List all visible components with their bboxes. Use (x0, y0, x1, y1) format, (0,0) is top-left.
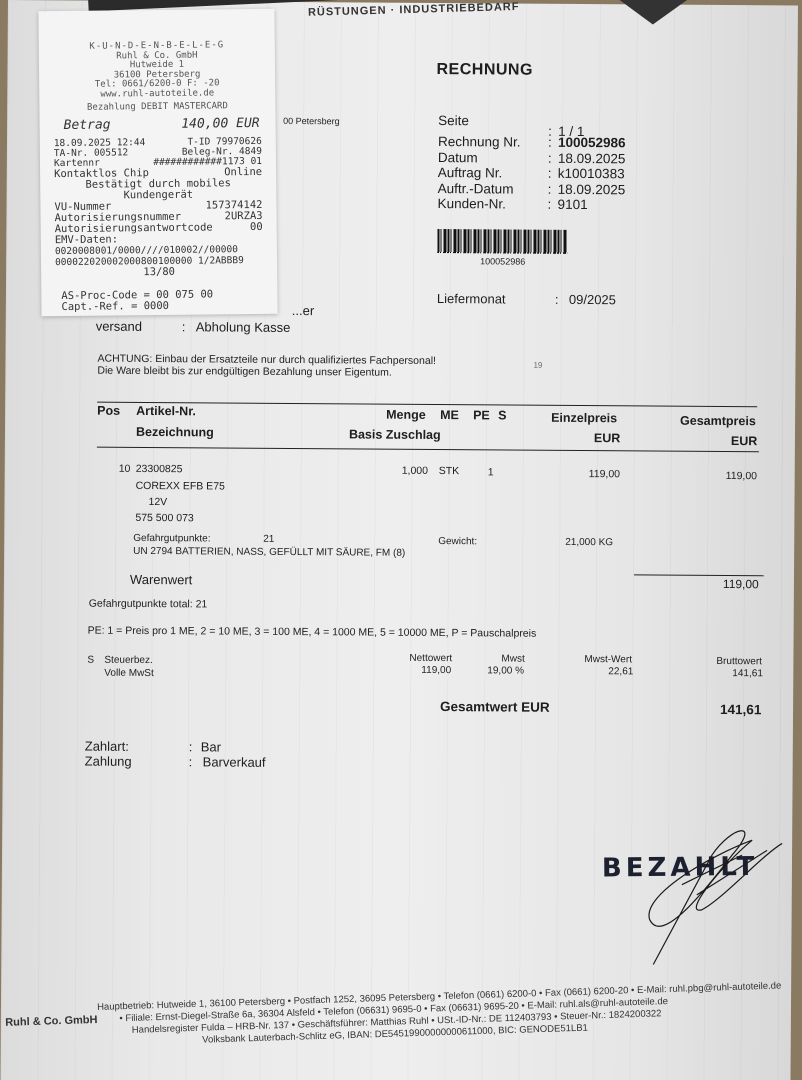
row-gesamtpreis: 119,00 (726, 470, 757, 482)
gefahrgut-total: Gefahrgutpunkte total: 21 (89, 598, 208, 611)
invoice-title: RECHNUNG (436, 61, 533, 80)
company-footer: Hauptbetrieb: Hutweide 1, 36100 Petersbe… (1, 980, 802, 1053)
receipt-amount-row: Betrag 140,00 EUR (40, 117, 276, 130)
warenwert-rule (634, 574, 764, 576)
row-pe: 1 (488, 466, 494, 478)
col-artikel: Artikel-Nr. (136, 404, 196, 418)
netto-label: Nettowert (409, 653, 452, 664)
meta-row-auftr-datum: Auftr.-Datum:18.09.2025 (438, 181, 626, 198)
col-menge: Menge (386, 408, 426, 422)
col-einzelpreis-cur: EUR (594, 431, 621, 445)
un-hazard-text: UN 2794 BATTERIEN, NASS, GEFÜLLT MIT SÄU… (133, 546, 405, 559)
col-gesamtpreis-cur: EUR (731, 434, 758, 448)
receipt-online: Online (224, 166, 262, 177)
col-me: ME (440, 408, 459, 422)
gefahrgut-value: 21 (263, 534, 274, 545)
invoice-number: 100052986 (558, 135, 626, 151)
table-top-rule (97, 402, 757, 408)
gewicht-label: Gewicht: (438, 536, 477, 547)
col-pe: PE (473, 408, 490, 422)
company-logo (598, 0, 708, 25)
zahlung-label: Zahlung (85, 754, 189, 770)
receipt-capt-ref: Capt.-Ref. = 0000 (61, 300, 169, 312)
steuerbez-label: Steuerbez. (104, 655, 152, 666)
brutto-value: 141,61 (732, 668, 763, 679)
zahlung-row: Zahlung : Barverkauf (85, 754, 266, 770)
gefahrgut-label: Gefahrgutpunkte: (133, 533, 210, 545)
steuerbez-value: Volle MwSt (104, 668, 154, 679)
receipt-amount-value: 140,00 EUR (181, 117, 259, 129)
warenwert-label: Warenwert (130, 572, 192, 587)
invoice-barcode (437, 229, 567, 254)
row-desc-2: 12V (148, 496, 167, 508)
row-desc-3: 575 500 073 (135, 512, 193, 524)
brutto-label: Bruttowert (716, 656, 762, 667)
col-bezeichnung: Bezeichnung (136, 425, 214, 440)
receipt-payment-type: Bezahlung DEBIT MASTERCARD (39, 102, 275, 114)
gewicht-value: 21,000 KG (565, 537, 613, 548)
row-einzelpreis: 119,00 (589, 468, 620, 480)
versand-row: versand : Abholung Kasse (96, 319, 291, 335)
meta-row-kunden: Kunden-Nr.:9101 (438, 196, 626, 213)
warenwert-value: 119,00 (723, 577, 759, 591)
row-menge: 1,000 (402, 465, 428, 477)
invoice-meta: Seite :1 / 1 Rechnung Nr.:100052986 Datu… (438, 113, 626, 213)
card-receipt: K-U-N-D-E-N-B-E-L-E-G Ruhl & Co. GmbH Hu… (38, 9, 277, 316)
netto-value: 119,00 (421, 665, 451, 676)
mwst-value: 19,00 % (487, 665, 524, 676)
receipt-auth-code-value: 00 (250, 221, 263, 232)
liefermonat-value: 09/2025 (569, 292, 616, 307)
stray-mark: 19 (533, 361, 542, 370)
mwst-label: Mwst (501, 653, 524, 664)
barcode-number: 100052986 (480, 256, 525, 266)
meta-row-datum: Datum:18.09.2025 (438, 150, 626, 167)
versand-value: Abholung Kasse (196, 319, 291, 335)
mwst-wert-label: Mwst-Wert (584, 654, 632, 665)
table-header-rule (97, 447, 759, 453)
partial-label: ...er (292, 303, 315, 318)
liefermonat-label: Liefermonat (437, 291, 555, 307)
gesamtwert-value: 141,61 (720, 702, 761, 717)
receipt-emv-label: EMV-Daten: (55, 234, 118, 246)
signature (641, 814, 792, 985)
receipt-web: www.ruhl-autoteile.de (39, 88, 275, 100)
partial-address: 00 Petersberg (283, 116, 340, 126)
zahlung-value: Barverkauf (203, 754, 266, 769)
col-gesamtpreis: Gesamtpreis (680, 414, 756, 429)
col-pos: Pos (97, 404, 120, 418)
mwst-wert-value: 22,61 (608, 666, 633, 677)
receipt-amount-label: Betrag (64, 119, 111, 130)
col-basis-zuschlag: Basis Zuschlag (349, 427, 441, 442)
receipt-auth-code-label: Autorisierungsantwortcode (55, 222, 213, 235)
col-s: S (498, 408, 506, 422)
meta-row-rechnung: Rechnung Nr.:100052986 (438, 134, 626, 151)
col-einzelpreis: Einzelpreis (551, 411, 617, 425)
invoice-notes: ACHTUNG: Einbau der Ersatzteile nur durc… (97, 351, 436, 381)
meta-row-auftrag: Auftrag Nr.:k10010383 (438, 165, 626, 182)
zahlart-label: Zahlart: (85, 739, 189, 755)
gesamtwert-label: Gesamtwert EUR (440, 699, 550, 715)
liefermonat-row: Liefermonat : 09/2025 (437, 291, 616, 307)
pe-legend: PE: 1 = Preis pro 1 ME, 2 = 10 ME, 3 = 1… (88, 625, 537, 640)
zahlart-value: Bar (201, 739, 221, 754)
row-desc-1: COREXX EFB E75 (136, 480, 225, 493)
row-me: STK (439, 465, 460, 477)
row-pos: 10 (119, 463, 131, 475)
letterhead-tagline: RÜSTUNGEN · INDUSTRIEBEDARF (308, 1, 520, 19)
row-artikel: 23300825 (136, 463, 183, 475)
tax-s-label: S (87, 655, 94, 666)
zahlart-row: Zahlart: : Bar (85, 739, 221, 755)
versand-label: versand (96, 319, 182, 335)
note-eigentum: Die Ware bleibt bis zur endgültigen Beza… (97, 363, 436, 381)
